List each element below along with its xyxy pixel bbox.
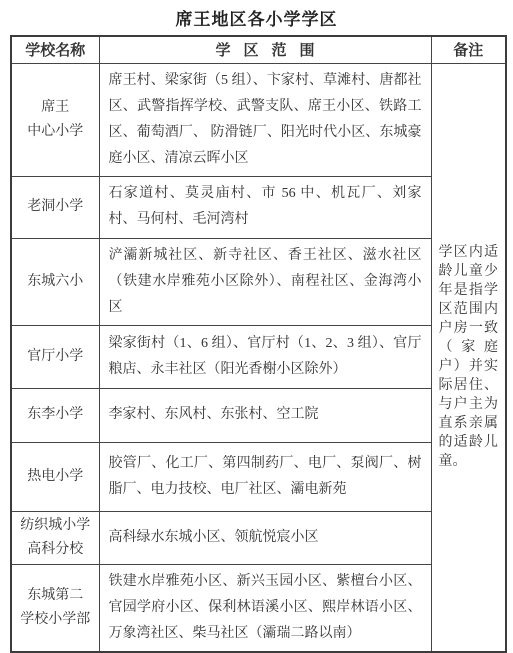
school-name-line: 东城六小 bbox=[14, 270, 97, 294]
district-range-cell: 李家村、东风村、东张村、空工院 bbox=[99, 388, 431, 442]
table-header-row: 学校名称 学区范围 备注 bbox=[11, 36, 506, 63]
header-remark: 备注 bbox=[431, 36, 506, 63]
school-name-line: 老洞小学 bbox=[14, 195, 97, 219]
district-range-cell: 铁建水岸雅苑小区、新兴玉园小区、紫檀台小区、官园学府小区、保利林语溪小区、熙岸林… bbox=[99, 564, 431, 652]
school-name-line: 中心小学 bbox=[14, 120, 97, 144]
district-range-cell: 席王村、梁家街（5 组）、卞家村、草滩村、唐都社区、武警指挥学校、武警支队、席王… bbox=[99, 63, 431, 176]
school-name-line: 席王 bbox=[14, 96, 97, 120]
school-name-cell: 老洞小学 bbox=[11, 176, 99, 238]
school-district-table: 学校名称 学区范围 备注 席王 中心小学 席王村、梁家街（5 组）、卞家村、草滩… bbox=[10, 35, 507, 653]
school-name-cell: 东李小学 bbox=[11, 388, 99, 442]
district-range-cell: 浐灞新城社区、新寺社区、香王社区、滋水社区（铁建水岸雅苑小区除外）、南程社区、金… bbox=[99, 238, 431, 325]
header-district-range: 学区范围 bbox=[99, 36, 431, 63]
school-name-cell: 东城六小 bbox=[11, 238, 99, 325]
school-name-line: 热电小学 bbox=[14, 465, 97, 489]
district-range-cell: 高科绿水东城小区、领航悦宸小区 bbox=[99, 511, 431, 564]
school-name-line: 学校小学部 bbox=[14, 608, 97, 632]
remark-text: 学区内适龄儿童少年是指学区范围内户房一致（家庭户）并实际居住、与户主为直系亲属的… bbox=[439, 243, 499, 471]
district-range-cell: 胶管厂、化工厂、第四制药厂、电厂、泵阀厂、树脂厂、电力技校、电厂社区、灞电新苑 bbox=[99, 442, 431, 511]
school-name-cell: 官厅小学 bbox=[11, 325, 99, 388]
page-title: 席王地区各小学学区 bbox=[0, 5, 513, 30]
school-name-line: 高科分校 bbox=[14, 538, 97, 562]
school-name-line: 纺织城小学 bbox=[14, 514, 97, 538]
school-name-cell: 热电小学 bbox=[11, 442, 99, 511]
header-school-name: 学校名称 bbox=[11, 36, 99, 63]
school-name-cell: 东城第二 学校小学部 bbox=[11, 564, 99, 652]
district-range-cell: 梁家街村（1、6 组）、官厅村（1、2、3 组）、官厅粮店、永丰社区（阳光香榭小… bbox=[99, 325, 431, 388]
school-name-cell: 席王 中心小学 bbox=[11, 63, 99, 176]
remark-cell: 学区内适龄儿童少年是指学区范围内户房一致（家庭户）并实际居住、与户主为直系亲属的… bbox=[431, 63, 506, 652]
school-name-cell: 纺织城小学 高科分校 bbox=[11, 511, 99, 564]
school-name-line: 东城第二 bbox=[14, 584, 97, 608]
school-name-line: 官厅小学 bbox=[14, 345, 97, 369]
district-range-cell: 石家道村、莫灵庙村、市 56 中、机瓦厂、刘家村、马何村、毛河湾村 bbox=[99, 176, 431, 238]
document-page: 席王地区各小学学区 学校名称 学区范围 备注 席王 中心小学 席王村、梁家街（5… bbox=[0, 0, 513, 653]
school-name-line: 东李小学 bbox=[14, 403, 97, 427]
table-row: 席王 中心小学 席王村、梁家街（5 组）、卞家村、草滩村、唐都社区、武警指挥学校… bbox=[11, 63, 506, 176]
